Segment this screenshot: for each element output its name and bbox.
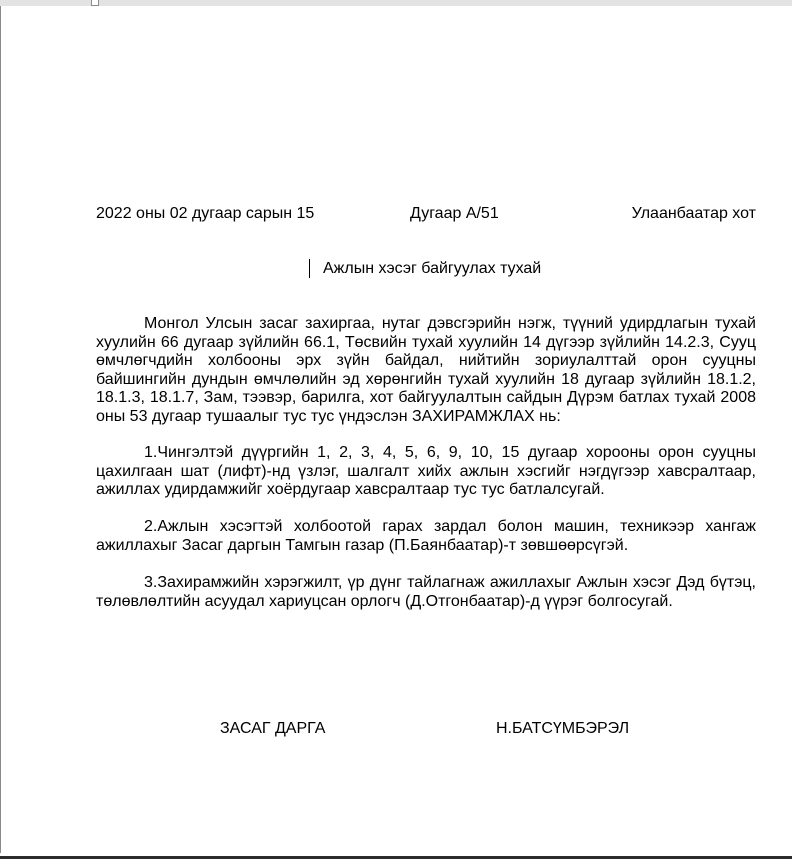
text-cursor	[309, 259, 310, 278]
paragraph-preamble[interactable]: Монгол Улсын засаг захиргаа, нутаг дэвсг…	[96, 315, 756, 427]
document-city: Улаанбаатар хот	[632, 205, 756, 223]
document-date: 2022 оны 02 дугаар сарын 15	[96, 205, 314, 223]
indent-marker[interactable]	[91, 0, 99, 6]
document-title[interactable]: Ажлын хэсэг байгуулах тухай	[323, 260, 541, 278]
paragraph-item-3[interactable]: 3.Захирамжийн хэрэгжилт, үр дүнг тайлагн…	[96, 574, 756, 611]
signatory-name: Н.БАТСҮМБЭРЭЛ	[496, 720, 629, 738]
paragraph-item-2[interactable]: 2.Ажлын хэсэгтэй холбоотой гарах зардал …	[96, 518, 756, 555]
document-header: 2022 оны 02 дугаар сарын 15 Дугаар А/51 …	[96, 205, 756, 225]
page-left-edge	[0, 6, 1, 853]
signatory-title: ЗАСАГ ДАРГА	[220, 720, 325, 738]
horizontal-ruler[interactable]	[0, 0, 792, 6]
paragraph-item-1[interactable]: 1.Чингэлтэй дүүргийн 1, 2, 3, 4, 5, 6, 9…	[96, 444, 756, 500]
document-number: Дугаар А/51	[410, 205, 499, 223]
